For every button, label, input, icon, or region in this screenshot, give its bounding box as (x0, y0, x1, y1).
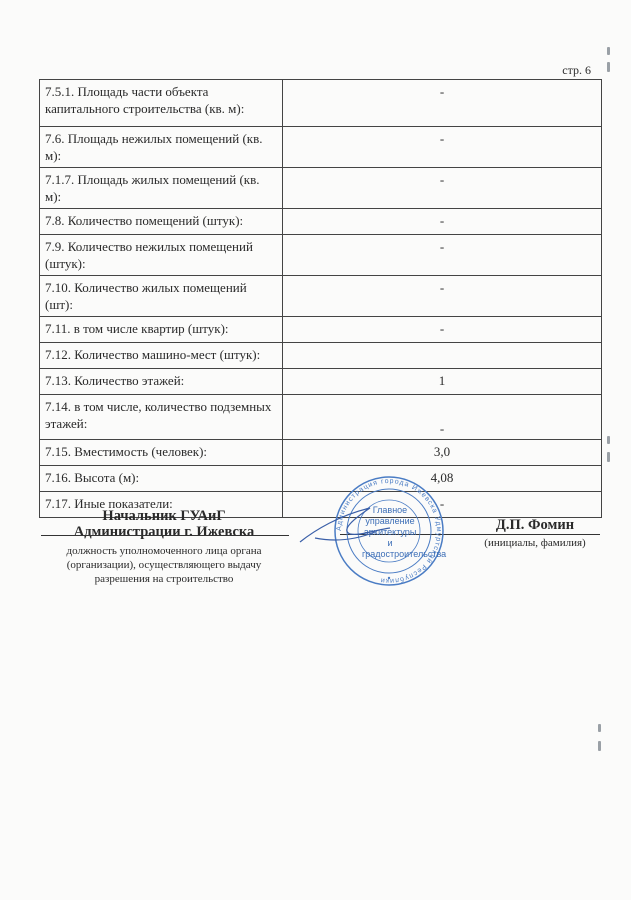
row-label: 7.10. Количество жилых помещений (шт): (40, 276, 283, 317)
position-caption: должность уполномоченного лица органа (о… (39, 544, 289, 586)
binder-mark (598, 724, 601, 732)
row-label: 7.15. Вместимость (человек): (40, 440, 283, 466)
position-line-1: Начальник ГУАиГ (39, 508, 289, 524)
binder-mark (607, 452, 610, 462)
official-name-block: Д.П. Фомин (инициалы, фамилия) (470, 517, 600, 550)
table-row: 7.10. Количество жилых помещений (шт):- (40, 276, 602, 317)
row-value: - (283, 209, 602, 235)
binder-mark (607, 436, 610, 444)
official-name: Д.П. Фомин (470, 517, 600, 534)
row-label: 7.6. Площадь нежилых помещений (кв. м): (40, 127, 283, 168)
table-row: 7.5.1. Площадь части объекта капитальног… (40, 80, 602, 127)
table-row: 7.9. Количество нежилых помещений (штук)… (40, 235, 602, 276)
row-label: 7.11. в том числе квартир (штук): (40, 317, 283, 343)
row-value: - (283, 395, 602, 440)
official-position-block: Начальник ГУАиГ Администрации г. Ижевска… (39, 508, 289, 586)
row-label: 7.9. Количество нежилых помещений (штук)… (40, 235, 283, 276)
row-value (283, 343, 602, 369)
table-row: 7.16. Высота (м):4,08 (40, 466, 602, 492)
row-label: 7.8. Количество помещений (штук): (40, 209, 283, 235)
binder-mark (598, 741, 601, 751)
handwritten-signature (295, 500, 395, 550)
row-label: 7.12. Количество машино-мест (штук): (40, 343, 283, 369)
table-row: 7.11. в том числе квартир (штук):- (40, 317, 602, 343)
row-value: 3,0 (283, 440, 602, 466)
row-value: - (283, 317, 602, 343)
table-row: 7.12. Количество машино-мест (штук): (40, 343, 602, 369)
row-label: 7.1.7. Площадь жилых помещений (кв. м): (40, 168, 283, 209)
name-caption: (инициалы, фамилия) (470, 536, 600, 550)
binder-mark (607, 47, 610, 55)
row-label: 7.16. Высота (м): (40, 466, 283, 492)
table-row: 7.14. в том числе, количество подземных … (40, 395, 602, 440)
building-parameters-table: 7.5.1. Площадь части объекта капитальног… (39, 79, 602, 518)
page-number: стр. 6 (562, 63, 591, 78)
row-value: - (283, 168, 602, 209)
position-underline (41, 535, 289, 536)
row-value: - (283, 276, 602, 317)
row-label: 7.13. Количество этажей: (40, 369, 283, 395)
row-label: 7.5.1. Площадь части объекта капитальног… (40, 80, 283, 127)
binder-mark (607, 62, 610, 72)
table-row: 7.13. Количество этажей:1 (40, 369, 602, 395)
row-value: - (283, 80, 602, 127)
table-row: 7.15. Вместимость (человек):3,0 (40, 440, 602, 466)
table-row: 7.8. Количество помещений (штук):- (40, 209, 602, 235)
row-value: 1 (283, 369, 602, 395)
table-row: 7.6. Площадь нежилых помещений (кв. м):- (40, 127, 602, 168)
position-line-2: Администрации г. Ижевска (39, 524, 289, 540)
row-value: - (283, 235, 602, 276)
table-row: 7.1.7. Площадь жилых помещений (кв. м):- (40, 168, 602, 209)
row-label: 7.14. в том числе, количество подземных … (40, 395, 283, 440)
row-value: - (283, 127, 602, 168)
